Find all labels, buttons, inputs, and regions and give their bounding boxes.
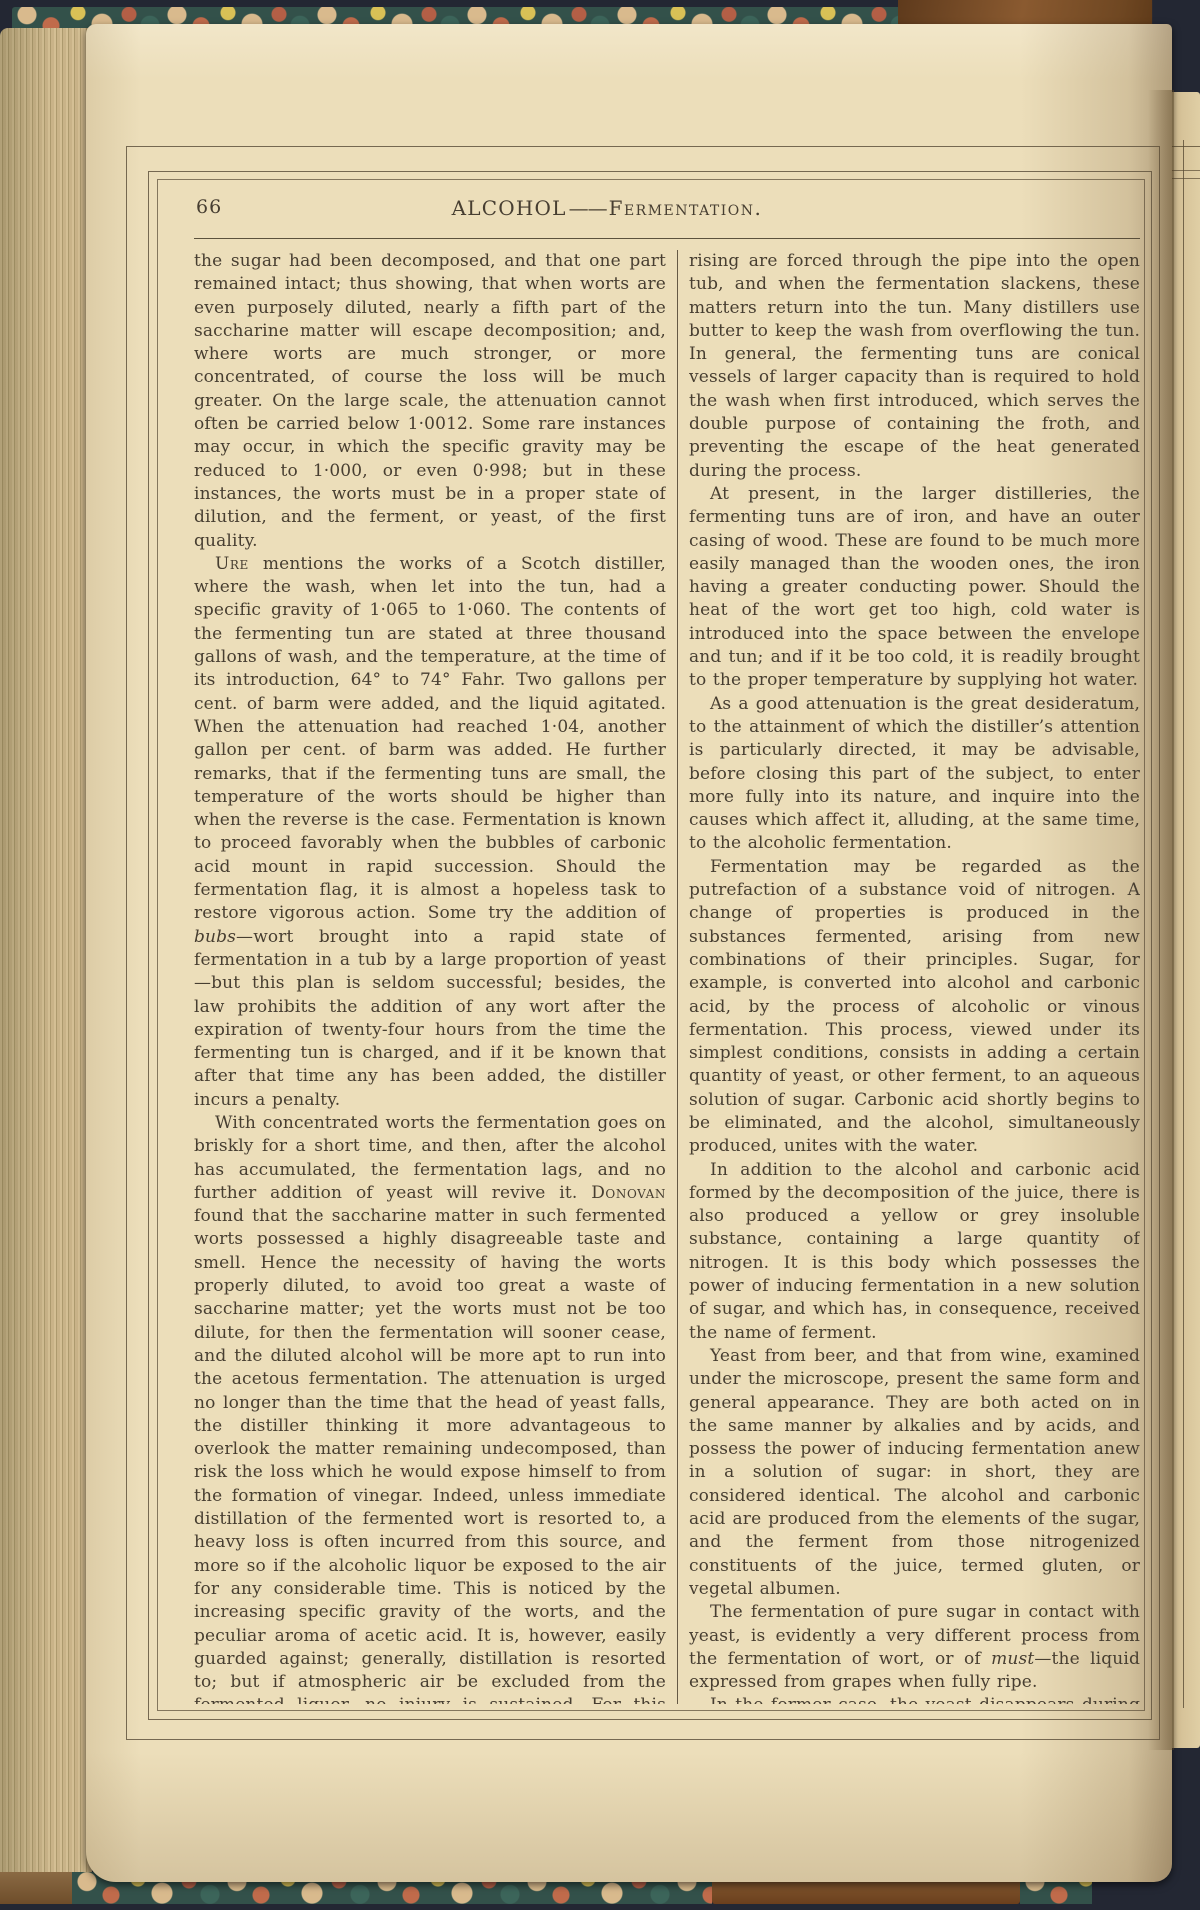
text-run: At present, in the larger distilleries, … [689, 484, 1140, 690]
sc-text-run: Ure [215, 554, 249, 574]
title-sub: Fermentation. [609, 196, 763, 220]
italic-text-run: must [991, 1649, 1034, 1669]
paragraph: rising are forced through the pipe into … [689, 250, 1140, 483]
text-run: mentions the works of a Scotch distiller… [194, 554, 666, 923]
paragraph: As a good attenuation is the great desid… [689, 693, 1140, 856]
column-divider-rule [677, 250, 678, 1704]
paragraph: With concentrated worts the fermentation… [194, 1112, 666, 1704]
paragraph: In the former case, the yeast disappears… [689, 1694, 1140, 1704]
paragraph: Ure mentions the works of a Scotch disti… [194, 553, 666, 1112]
text-run: the sugar had been decomposed, and that … [194, 251, 666, 551]
text-run: In the former case, the yeast disappears… [689, 1695, 1140, 1704]
adjacent-page-rule [1183, 140, 1184, 1708]
page-border-inner-rule: 66 ALCOHOL——Fermentation. the sugar had … [157, 179, 1145, 1711]
paragraph: Yeast from beer, and that from wine, exa… [689, 1345, 1140, 1601]
title-dash: —— [569, 196, 607, 220]
paragraph: In addition to the alcohol and carbonic … [689, 1159, 1140, 1345]
header-rule [194, 238, 1140, 239]
page-content: 66 ALCOHOL——Fermentation. the sugar had … [194, 192, 1140, 1706]
text-run: —wort brought into a rapid state of ferm… [194, 927, 666, 1110]
paragraph: The fermentation of pure sugar in contac… [689, 1601, 1140, 1694]
left-column: the sugar had been decomposed, and that … [194, 250, 666, 1704]
book-page: 66 ALCOHOL——Fermentation. the sugar had … [86, 24, 1172, 1882]
paragraph: At present, in the larger distilleries, … [689, 483, 1140, 693]
text-run: As a good attenuation is the great desid… [689, 694, 1140, 854]
running-head: 66 ALCOHOL——Fermentation. [194, 192, 1140, 226]
text-run: rising are forced through the pipe into … [689, 251, 1140, 481]
italic-text-run: bubs [194, 927, 236, 947]
text-run: Fermentation may be regarded as the putr… [689, 857, 1140, 1157]
sc-text-run: Donovan [591, 1183, 666, 1203]
page-border-double-rule: 66 ALCOHOL——Fermentation. the sugar had … [148, 171, 1152, 1720]
paragraph: Fermentation may be regarded as the putr… [689, 856, 1140, 1159]
binding-strip-brown [0, 1872, 72, 1904]
page-border-outer-rule: 66 ALCOHOL——Fermentation. the sugar had … [126, 146, 1160, 1740]
text-run: found that the saccharine matter in such… [194, 1206, 666, 1704]
chapter-title: ALCOHOL——Fermentation. [194, 196, 1020, 220]
stacked-page-edges-left [0, 28, 92, 1896]
page-fold-shadow [1148, 90, 1174, 1750]
text-run: Yeast from beer, and that from wine, exa… [689, 1346, 1140, 1599]
text-columns: the sugar had been decomposed, and that … [194, 250, 1140, 1704]
title-main: ALCOHOL [452, 196, 567, 220]
book-photograph: 66 ALCOHOL——Fermentation. the sugar had … [0, 0, 1200, 1910]
text-run: In addition to the alcohol and carbonic … [689, 1160, 1140, 1343]
right-column: rising are forced through the pipe into … [689, 250, 1140, 1704]
paragraph: the sugar had been decomposed, and that … [194, 250, 666, 553]
